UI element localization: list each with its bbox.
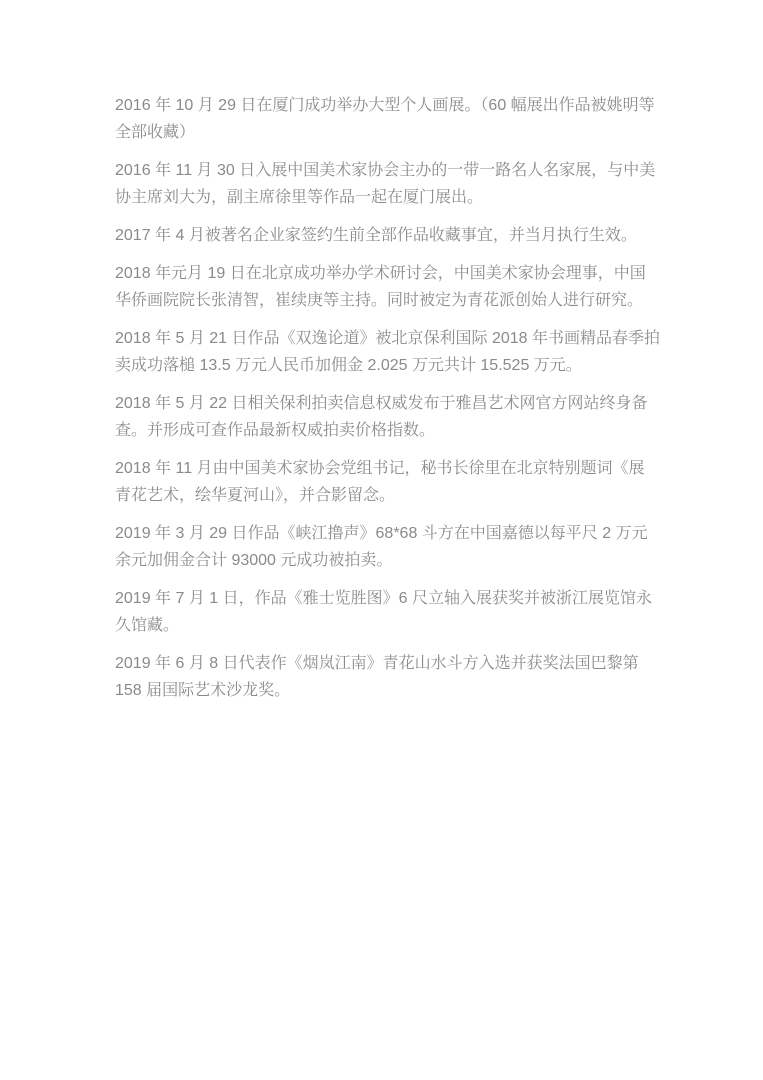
paragraph-2016-10-29: 2016 年 10 月 29 日在厦门成功举办大型个人画展。（60 幅展出作品被…: [115, 92, 660, 146]
document-page: 2016 年 10 月 29 日在厦门成功举办大型个人画展。（60 幅展出作品被…: [0, 0, 763, 1080]
paragraph-2019-06-08: 2019 年 6 月 8 日代表作《烟岚江南》青花山水斗方入选并获奖法国巴黎第 …: [115, 650, 660, 704]
paragraph-2016-11-30: 2016 年 11 月 30 日入展中国美术家协会主办的一带一路名人名家展，与中…: [115, 157, 660, 211]
paragraph-2019-07-01: 2019 年 7 月 1 日，作品《雅士览胜图》6 尺立轴入展获奖并被浙江展览馆…: [115, 585, 660, 639]
paragraph-2018-01-19: 2018 年元月 19 日在北京成功举办学术研讨会，中国美术家协会理事，中国华侨…: [115, 260, 660, 314]
paragraph-2018-05-22: 2018 年 5 月 22 日相关保利拍卖信息权威发布于雅昌艺术网官方网站终身备…: [115, 390, 660, 444]
paragraph-2018-05-21: 2018 年 5 月 21 日作品《双逸论道》被北京保利国际 2018 年书画精…: [115, 325, 660, 379]
paragraph-2019-03-29: 2019 年 3 月 29 日作品《峡江撸声》68*68 斗方在中国嘉德以每平尺…: [115, 520, 660, 574]
paragraph-2017-04: 2017 年 4 月被著名企业家签约生前全部作品收藏事宜，并当月执行生效。: [115, 222, 660, 249]
paragraph-2018-11: 2018 年 11 月由中国美术家协会党组书记，秘书长徐里在北京特别题词《展青花…: [115, 455, 660, 509]
